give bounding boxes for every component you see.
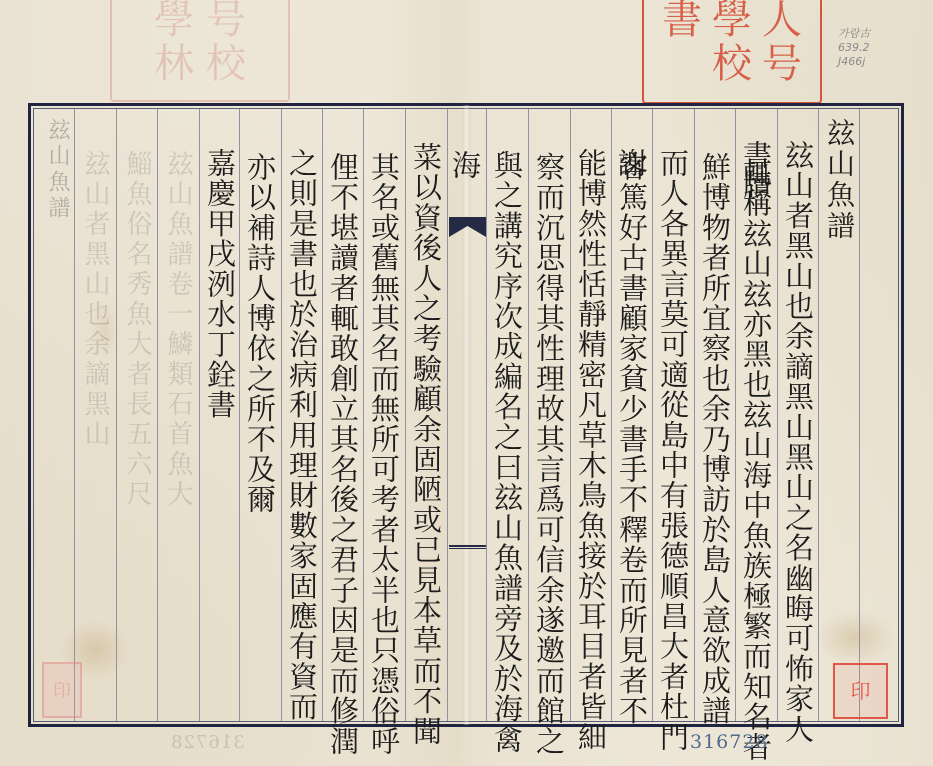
colophon-column: 嘉慶甲戌洌水丁銓書	[199, 148, 241, 420]
library-seal: 人号 學校 書	[642, 0, 822, 104]
seal-glyph: 校	[712, 42, 752, 86]
text-column: 其名或舊無其名而無所可考者太半也只憑俗呼	[363, 152, 405, 756]
seal-glyph: 書	[662, 0, 702, 42]
text-column: 與之講究序次成編名之曰玆山魚譜旁及於海禽海	[486, 150, 528, 766]
text-column: 察而沉思得其性理故其言爲可信余遂邀而館之	[528, 152, 570, 756]
text-column: 能博然性恬靜精密凡草木鳥魚接於耳目者皆細	[570, 148, 612, 752]
margin-title: 玆山魚譜	[36, 118, 78, 222]
call-number-line: 639.2	[838, 41, 908, 55]
call-number-line: J466j	[838, 55, 908, 69]
center-fold	[462, 105, 471, 725]
text-column: 玆山者黑山也余謫黑山黑山之名幽晦可怖家人書牘	[777, 140, 819, 766]
seal-glyph: 學	[712, 0, 752, 42]
seal-glyph: 号	[206, 0, 246, 42]
text-column: 菜以資後人之考驗顧余固陋或已見本草而不聞	[405, 142, 447, 746]
call-number-line: 가람古	[838, 27, 908, 41]
seal-glyph: 校	[206, 42, 246, 86]
text-column: 而人各異言莫可適從島中有張德順昌大者杜門謝	[652, 148, 694, 766]
text-column: 鮮博物者所宜察也余乃博訪於島人意欲成譜	[694, 152, 736, 726]
column-rule	[447, 109, 448, 721]
bleed-through-text: 玆山魚譜卷一鱗類石首魚大	[157, 150, 199, 510]
faint-library-seal: 号校 學林	[110, 0, 290, 102]
faint-owner-seal: 印	[42, 662, 82, 718]
text-column: 輒稱玆山玆亦黑也玆山海中魚族極繁而知名者	[735, 158, 777, 762]
text-column: 之則是書也於治病利用理財數家固應有資而	[281, 148, 323, 722]
text-column: 俚不堪讀者輒敢創立其名後之君子因是而修潤	[322, 152, 364, 756]
seal-glyph: 學	[154, 0, 194, 42]
seal-glyph: 人	[762, 0, 802, 42]
seal-glyph: 林	[154, 42, 194, 86]
text-column: 客篤好古書顧家貧少書手不釋卷而所見者不	[611, 152, 653, 726]
accession-number: 316728	[690, 731, 769, 753]
bleed-through-text: 鯔魚俗名秀魚大者長五六尺	[116, 150, 158, 510]
pencil-call-number: 가람古 639.2 J466j	[838, 27, 908, 69]
seal-glyph: 号	[762, 42, 802, 86]
accession-number-offset: 316728	[170, 732, 245, 753]
owner-seal: 印	[833, 663, 888, 719]
bleed-through-text: 玆山者黑山也余謫黑山	[74, 150, 116, 450]
text-column: 亦以補詩人博依之所不及爾	[239, 152, 281, 514]
book-title: 玆山魚譜	[818, 118, 860, 242]
fishtail-bottom-rule	[449, 545, 486, 549]
